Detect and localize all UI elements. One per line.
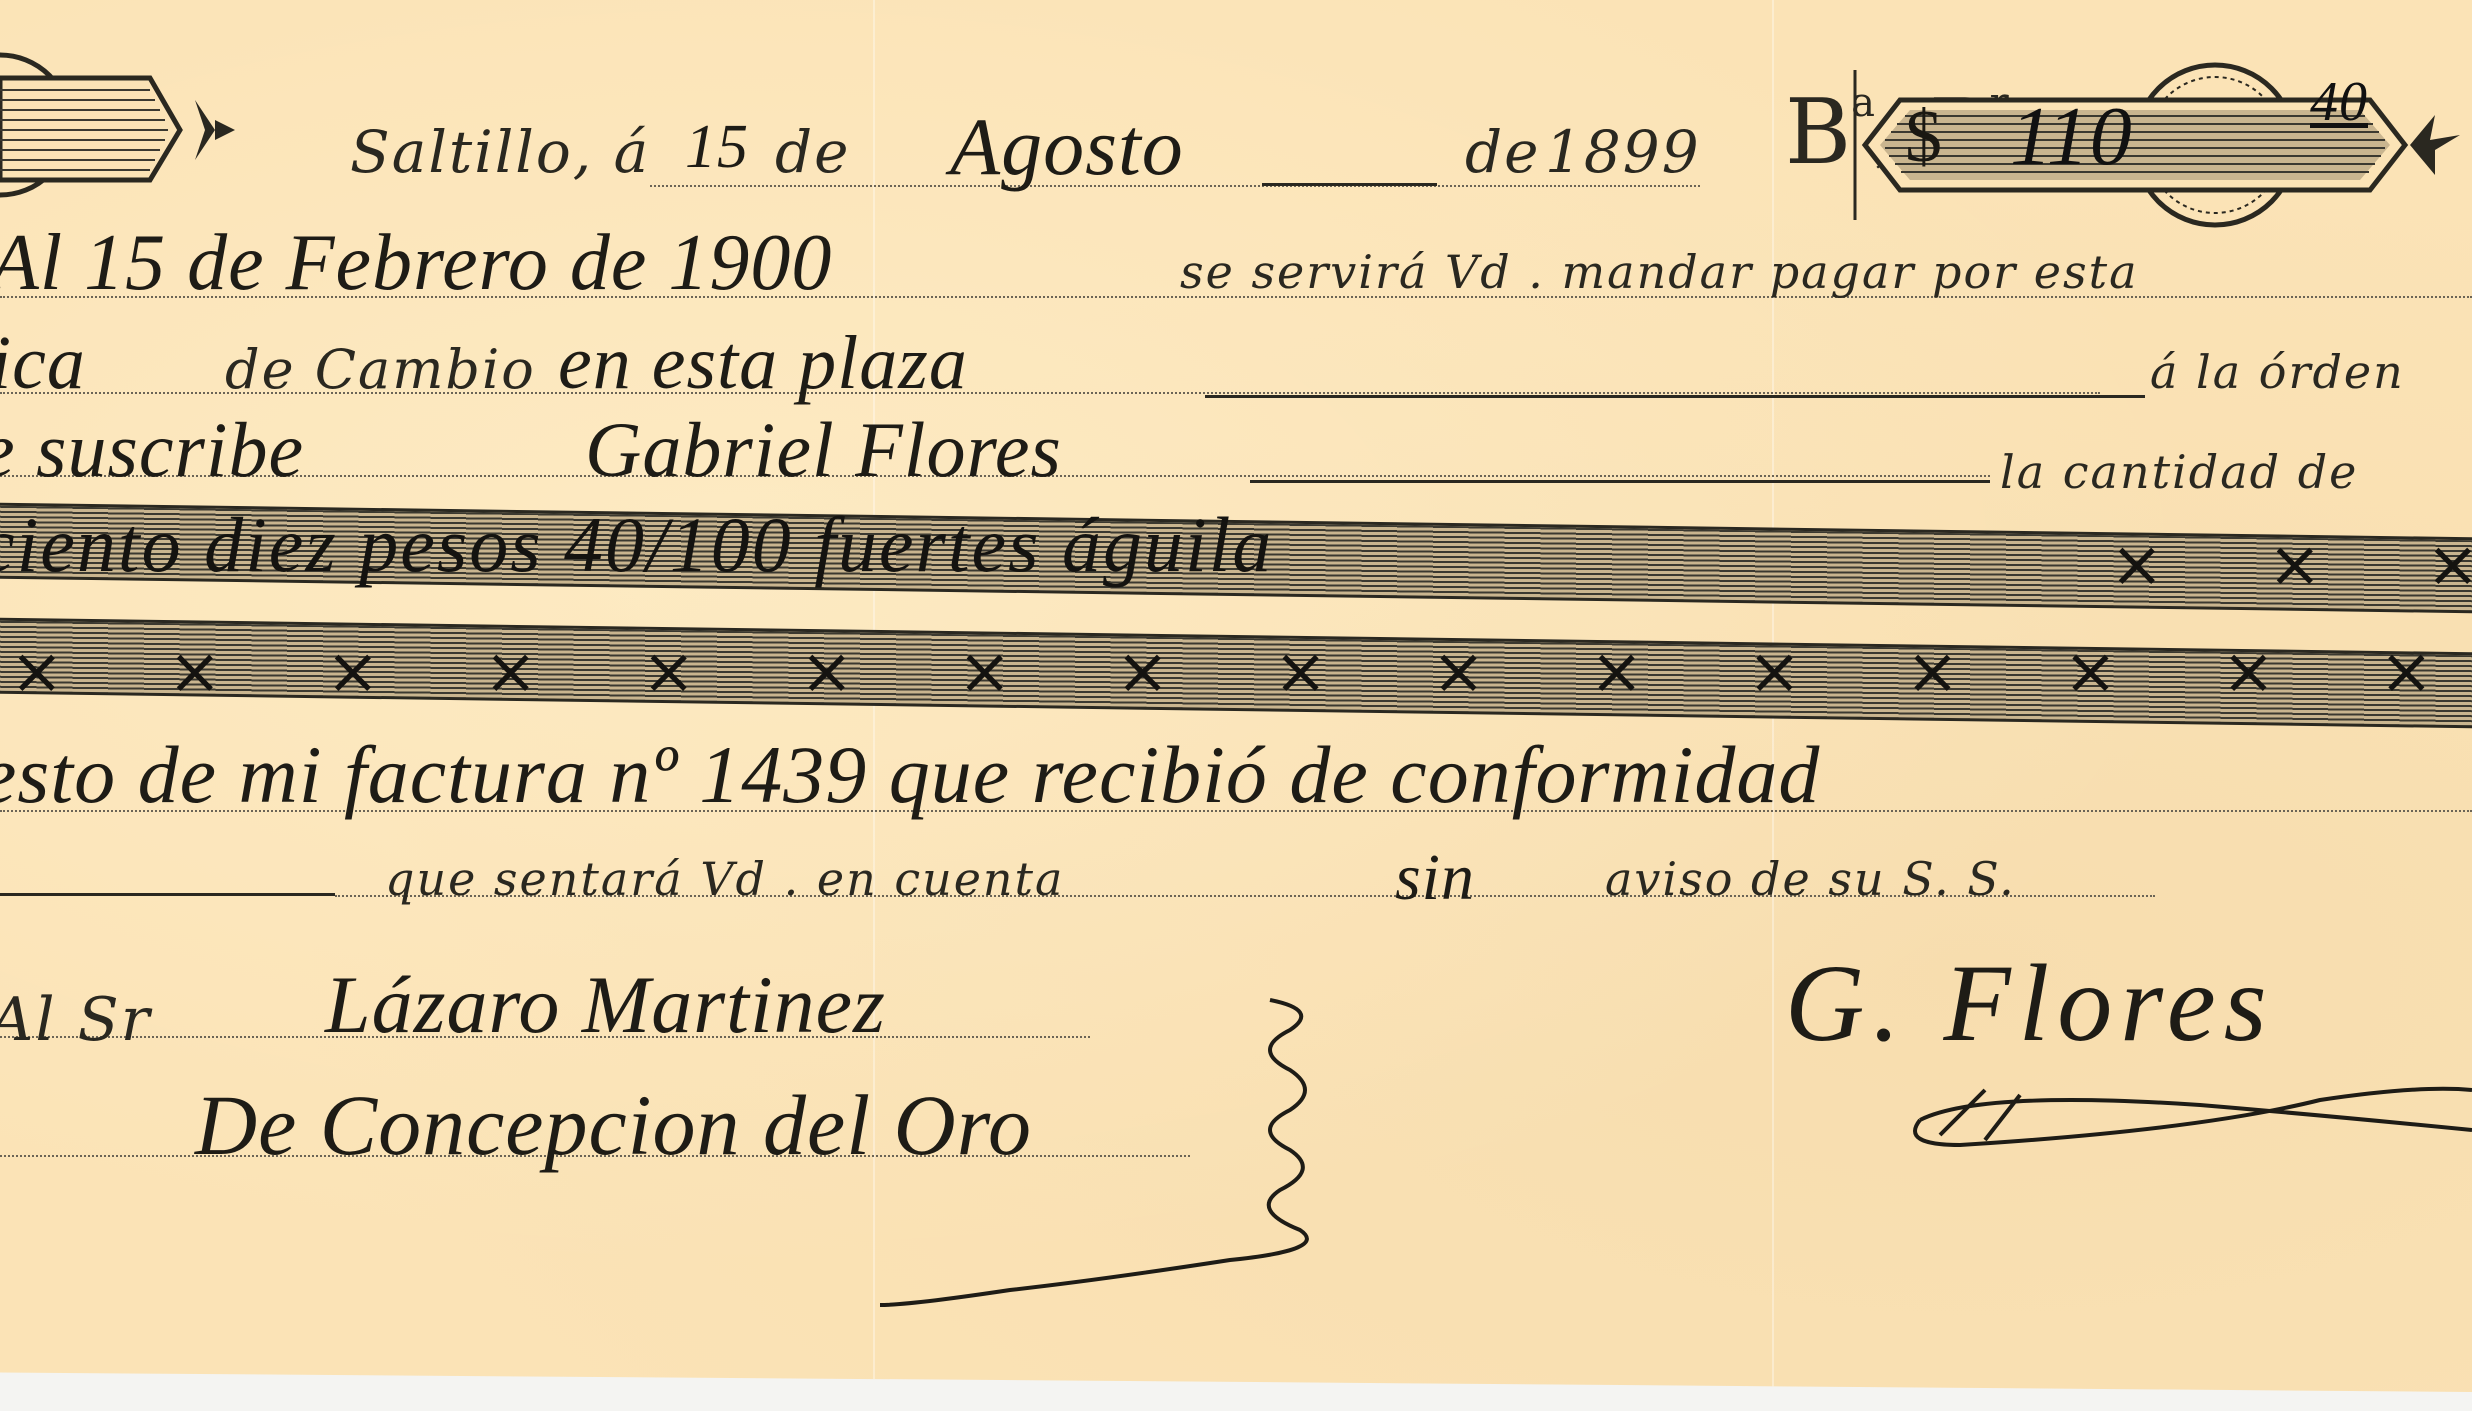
bill-of-exchange-paper: Saltillo, á 15 de Agosto de 1899 Ba,, Pr… [0, 0, 2472, 1392]
line7-print-1: que sentará Vd . en cuenta [385, 852, 1064, 906]
line1-print: se servirá Vd . mandar pagar por esta [1180, 245, 2139, 299]
addressee-prefix: Al Sr [0, 985, 151, 1055]
month-rule [1262, 183, 1437, 186]
currency-symbol: $ [1905, 95, 1943, 180]
line3-rule [1250, 480, 1990, 483]
payee-name: Gabriel Flores [585, 405, 1062, 495]
flourish-icon [850, 990, 1330, 1310]
due-date-value: Al 15 de Febrero de 1900 [0, 218, 832, 309]
line3-hand-start: e suscribe [0, 405, 304, 495]
line3-print: la cantidad de [2000, 445, 2358, 499]
amount-cents: 40 [2310, 70, 2368, 134]
date-de-label: de [775, 118, 850, 186]
amount-value: 110 [2010, 88, 2133, 185]
line7-print-2: aviso de su S. S. [1605, 852, 2016, 906]
year-de-label: de [1465, 118, 1540, 186]
amount-in-words: ciento diez pesos 40/100 fuertes águila [0, 500, 1273, 590]
amount-fill-crosses: × × × [2110, 528, 2472, 602]
line2-rule [1205, 395, 2145, 398]
left-ornament-icon [0, 40, 250, 210]
year-value: 1899 [1545, 118, 1701, 186]
drawer-signature: G. Flores [1785, 940, 2275, 1067]
line7-rule [0, 893, 335, 896]
line2-print-2: á la órden [2150, 345, 2405, 399]
day-value: 15 [685, 112, 749, 183]
line2-print-1: de Cambio [225, 338, 536, 401]
line7-hand: sin [1395, 840, 1475, 916]
drawee-name: Lázaro Martinez [325, 958, 886, 1052]
signature-paraph-icon [1900, 1050, 2472, 1160]
line2-hand: en esta plaza [558, 320, 968, 407]
crosses-fill: × × × × × × × × × × × × × × × × [10, 635, 2472, 709]
invoice-concept: esto de mi factura nº 1439 que recibió d… [0, 728, 1820, 822]
month-value: Agosto [950, 100, 1184, 194]
place-label: Saltillo, á [350, 118, 650, 186]
line2-hand-start: ica [0, 320, 86, 407]
